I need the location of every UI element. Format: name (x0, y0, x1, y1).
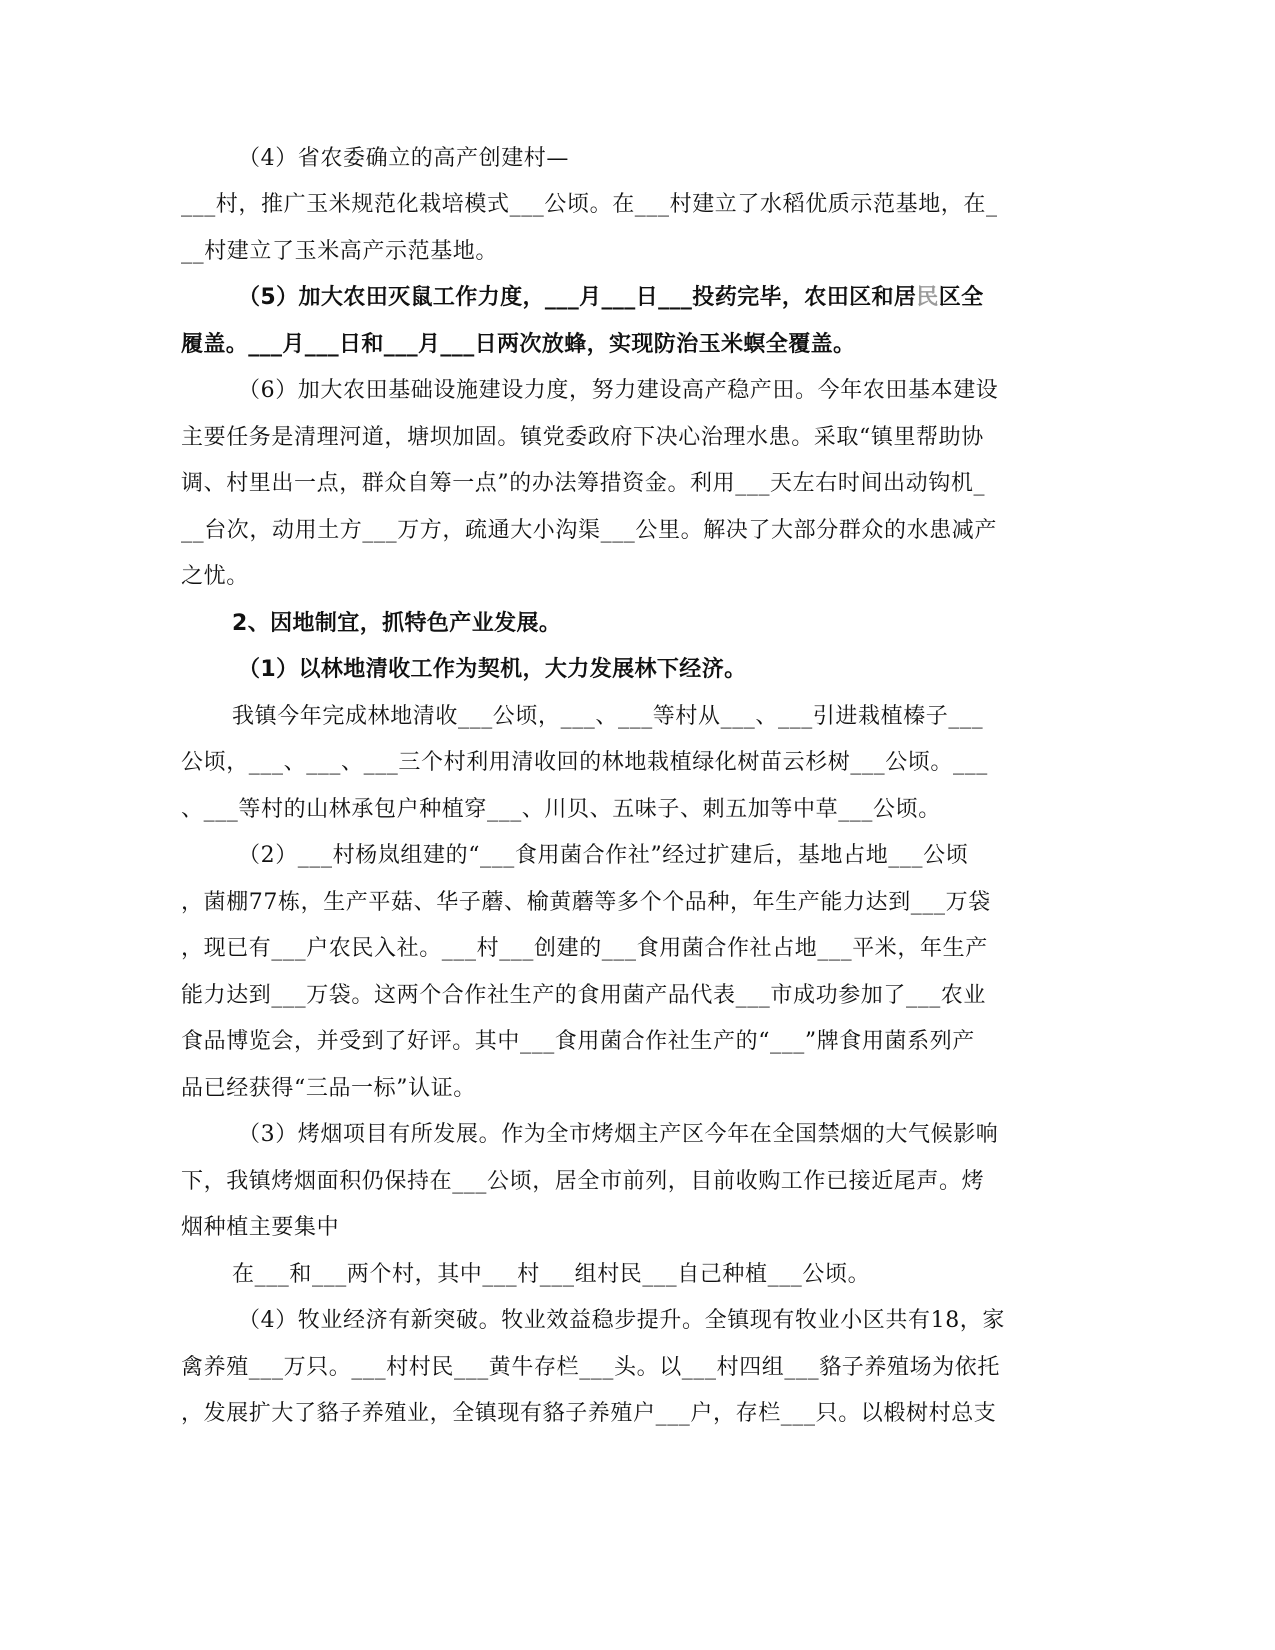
paragraph-5-line-1: （5）加大农田灭鼠工作力度，___月___日___投药完毕，农田区和居民区全 (238, 283, 984, 313)
mushroom-line-1: （2）___村杨岚组建的“___食用菌合作社”经过扩建后，基地占地___公顷 (238, 841, 968, 871)
tobacco-line-2: 下，我镇烤烟面积仍保持在___公顷，居全市前列，目前收购工作已接近尾声。烤 (181, 1167, 984, 1197)
text-segment: 区全 (939, 285, 984, 310)
paragraph-6-line-1: （6）加大农田基础设施建设力度，努力建设高产稳产田。今年农田基本建设 (238, 376, 998, 406)
tobacco-line-4: 在___和___两个村，其中___村___组村民___自己种植___公顷。 (232, 1260, 870, 1290)
subsection-1-heading: （1）以林地清收工作为契机，大力发展林下经济。 (238, 655, 747, 685)
paragraph-4-heading: （4）省农委确立的高产创建村— (238, 144, 569, 174)
mushroom-line-4: 能力达到___万袋。这两个合作社生产的食用菌产品代表___市成功参加了___农业 (181, 981, 986, 1011)
text-segment: （5）加大农田灭鼠工作力度，___月___日___投药完毕，农田区和居 (238, 285, 916, 310)
livestock-line-3: ，发展扩大了貉子养殖业，全镇现有貉子养殖户___户，存栏___只。以椴树村总支 (181, 1399, 996, 1429)
mushroom-line-6: 品已经获得“三品一标”认证。 (181, 1074, 476, 1104)
paragraph-5-line-2: 履盖。___月___日和___月___日两次放蜂，实现防治玉米螟全覆盖。 (181, 330, 855, 360)
paragraph-6-line-5: 之忧。 (181, 562, 249, 592)
faded-character: 民 (916, 285, 938, 310)
forestry-line-1: 我镇今年完成林地清收___公顷，___、___等村从___、___引进栽植榛子_… (232, 702, 983, 732)
mushroom-line-3: ，现已有___户农民入社。___村___创建的___食用菌合作社占地___平米，… (181, 934, 988, 964)
tobacco-line-1: （3）烤烟项目有所发展。作为全市烤烟主产区今年在全国禁烟的大气候影响 (238, 1120, 998, 1150)
paragraph-6-line-3: 调、村里出一点，群众自筹一点”的办法筹措资金。利用___天左右时间出动钩机_ (181, 469, 985, 499)
forestry-line-3: 、___等村的山林承包户种植穿___、川贝、五味子、刺五加等中草___公顷。 (181, 795, 941, 825)
paragraph-4-line-3: __村建立了玉米高产示范基地。 (181, 237, 498, 267)
paragraph-4-line-2: ___村，推广玉米规范化栽培模式___公顷。在___村建立了水稻优质示范基地，在… (181, 190, 998, 220)
forestry-line-2: 公顷，___、___、___三个村利用清收回的林地栽植绿化树苗云杉树___公顷。… (181, 748, 988, 778)
tobacco-line-3: 烟种植主要集中 (181, 1213, 339, 1243)
section-2-heading: 2、因地制宜，抓特色产业发展。 (232, 609, 561, 639)
mushroom-line-2: ，菌棚77栋，生产平菇、华子蘑、榆黄蘑等多个个品种，年生产能力达到___万袋 (181, 888, 991, 918)
livestock-line-2: 禽养殖___万只。___村村民___黄牛存栏___头。以___村四组___貉子养… (181, 1353, 1000, 1383)
paragraph-6-line-4: __台次，动用土方___万方，疏通大小沟渠___公里。解决了大部分群众的水患减产 (181, 516, 997, 546)
document-page: （4）省农委确立的高产创建村— ___村，推广玉米规范化栽培模式___公顷。在_… (0, 0, 1275, 1650)
livestock-line-1: （4）牧业经济有新突破。牧业效益稳步提升。全镇现有牧业小区共有18，家 (238, 1306, 1005, 1336)
paragraph-6-line-2: 主要任务是清理河道，塘坝加固。镇党委政府下决心治理水患。采取“镇里帮助协 (181, 423, 984, 453)
mushroom-line-5: 食品博览会，并受到了好评。其中___食用菌合作社生产的“___”牌食用菌系列产 (181, 1027, 975, 1057)
